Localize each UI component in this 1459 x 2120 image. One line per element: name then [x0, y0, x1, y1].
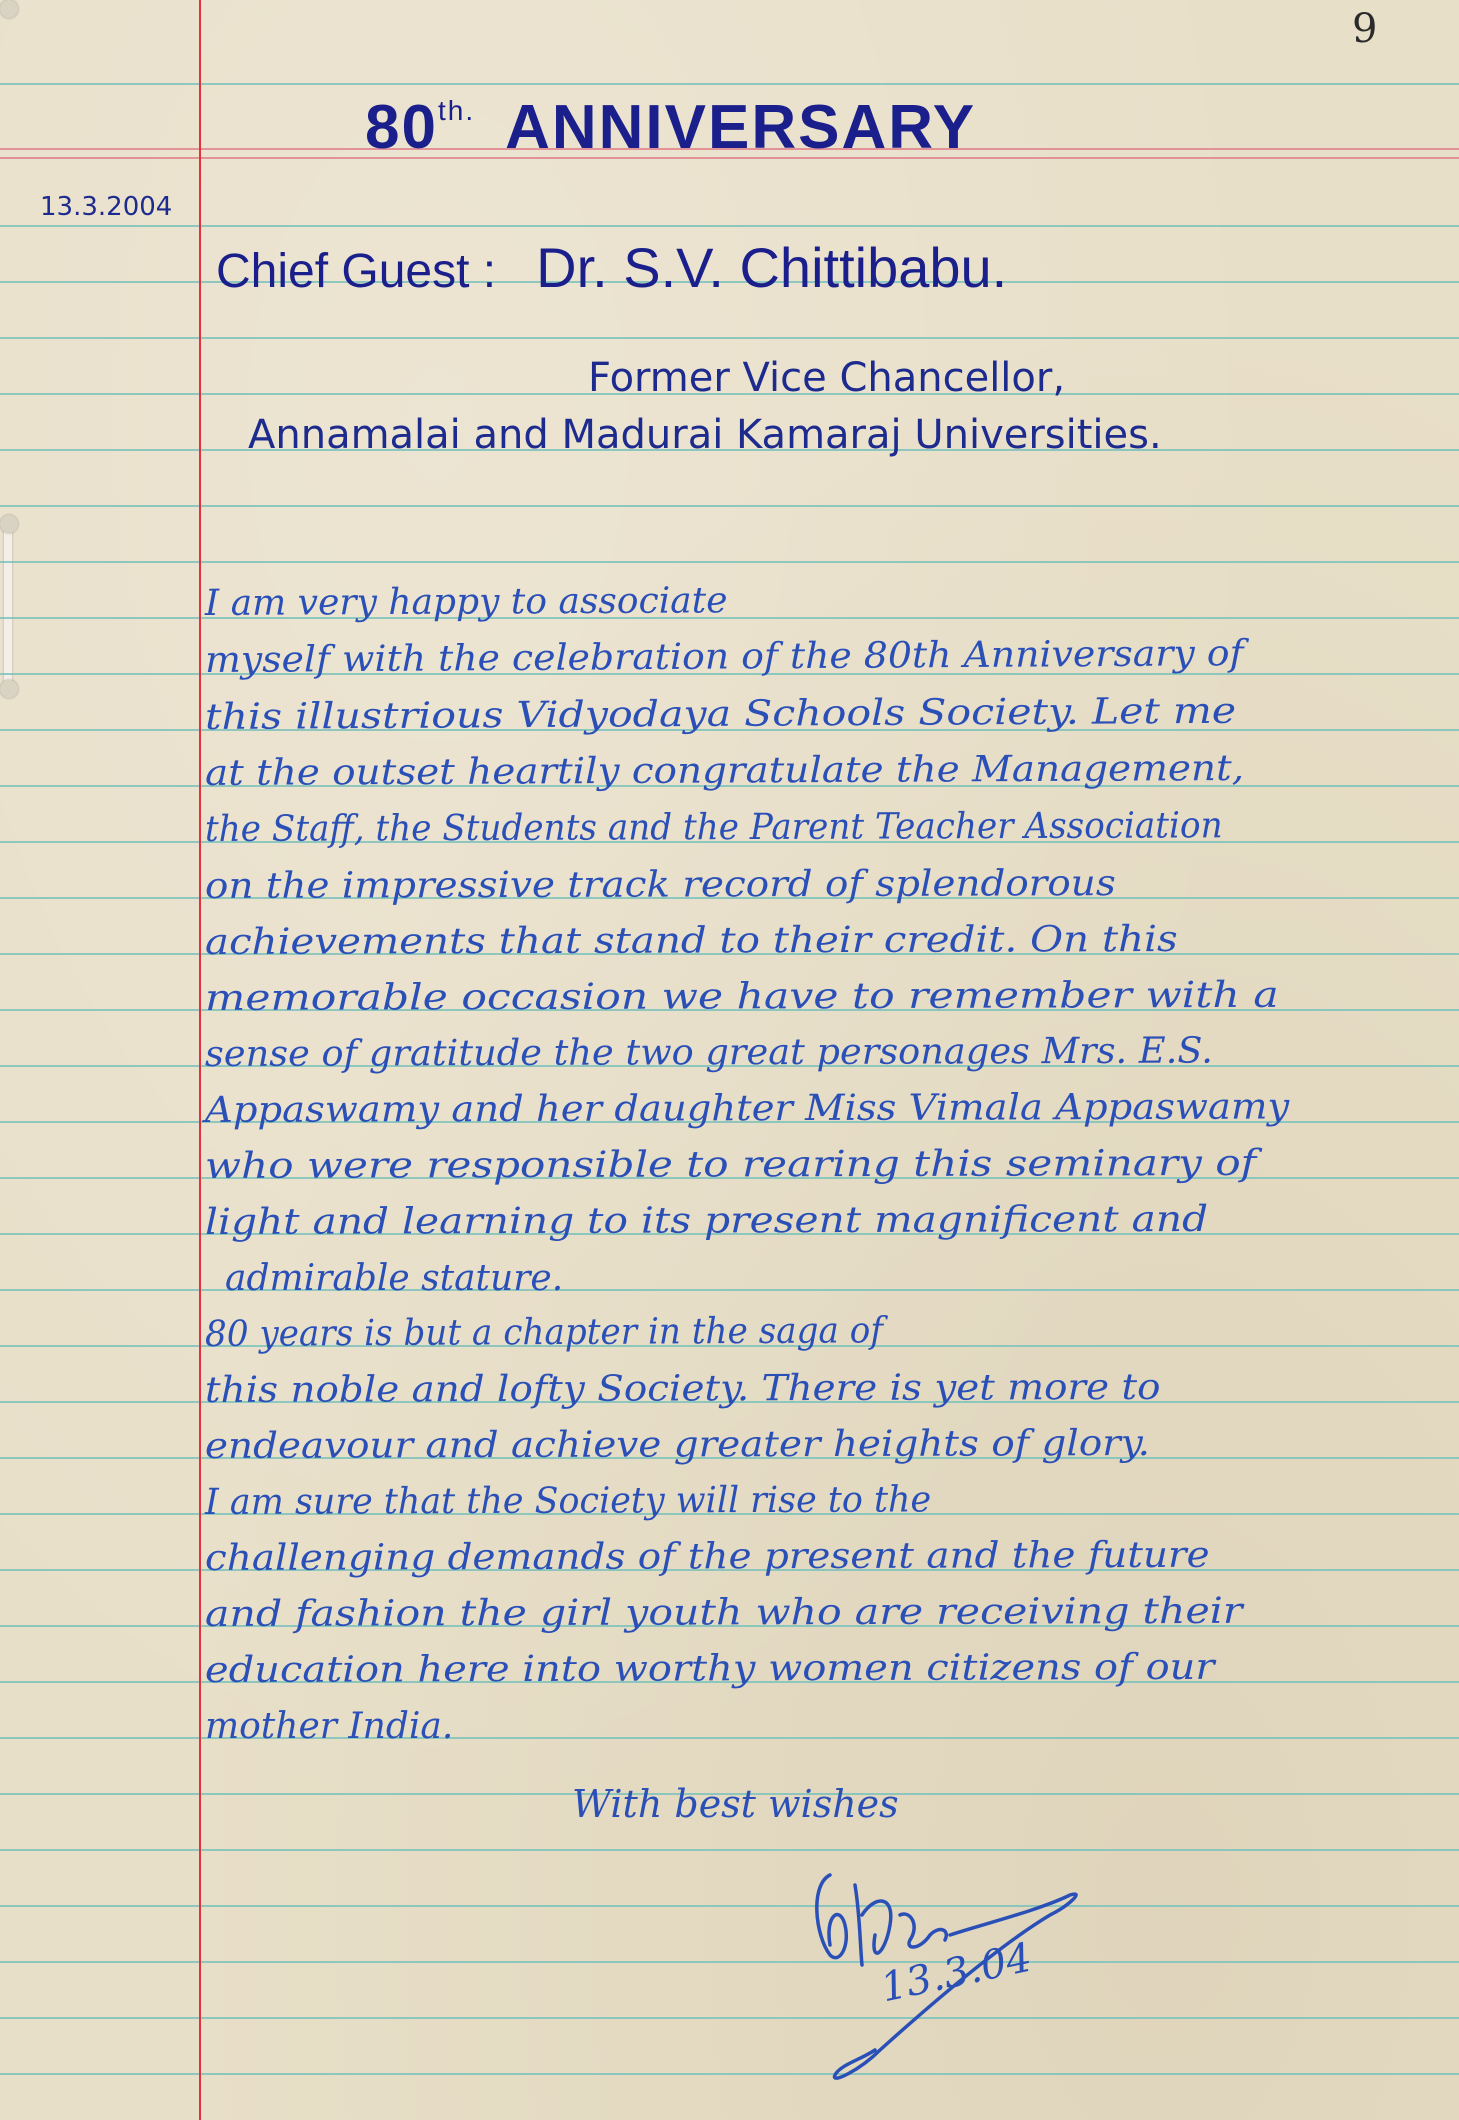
page-title: 80th.ANNIVERSARY: [365, 92, 976, 163]
binding-hole-upper: [0, 515, 18, 533]
message-line: the Staff, the Students and the Parent T…: [205, 805, 1223, 850]
message-line: myself with the celebration of the 80th …: [205, 633, 1244, 681]
margin-date: 13.3.2004: [40, 192, 172, 222]
closing-salutation: With best wishes: [572, 1782, 899, 1826]
message-line: achievements that stand to their credit.…: [205, 919, 1178, 963]
message-line: endeavour and achieve greater heights of…: [205, 1423, 1150, 1467]
message-line: I am sure that the Society will rise to …: [205, 1479, 931, 1523]
message-line: Appaswamy and her daughter Miss Vimala A…: [205, 1086, 1289, 1131]
binding-hole-lower: [0, 680, 18, 698]
title-number: 80: [365, 93, 438, 162]
designation-line-2: Annamalai and Madurai Kamaraj Universiti…: [248, 412, 1162, 458]
message-line: challenging demands of the present and t…: [205, 1535, 1210, 1579]
title-ordinal: th.: [438, 95, 475, 126]
message-line: this noble and lofty Society. There is y…: [205, 1367, 1161, 1411]
message-line: admirable stature.: [225, 1258, 563, 1299]
margin-line: [199, 0, 201, 2120]
title-word: ANNIVERSARY: [505, 93, 976, 162]
page-number: 9: [1352, 6, 1377, 52]
message-line: memorable occasion we have to remember w…: [205, 975, 1279, 1019]
message-line: this illustrious Vidyodaya Schools Socie…: [205, 691, 1236, 738]
message-line: sense of gratitude the two great persona…: [205, 1031, 1213, 1075]
chief-guest-label: Chief Guest :: [216, 245, 496, 298]
message-line: education here into worthy women citizen…: [205, 1647, 1215, 1691]
message-line: light and learning to its present magnif…: [205, 1199, 1208, 1243]
message-line: on the impressive track record of splend…: [205, 863, 1116, 907]
binding-string: [4, 525, 12, 685]
message-line: at the outset heartily congratulate the …: [205, 748, 1244, 794]
chief-guest-line: Chief Guest :Dr. S.V. Chittibabu.: [216, 235, 1007, 300]
message-line: who were responsible to rearing this sem…: [205, 1143, 1256, 1187]
message-line: I am very happy to associate: [205, 580, 728, 624]
binding-hole-top: [0, 0, 18, 18]
designation-line-1: Former Vice Chancellor,: [588, 355, 1065, 401]
notebook-page: 9 80th.ANNIVERSARY 13.3.2004 Chief Guest…: [0, 0, 1459, 2120]
message-line: mother India.: [205, 1706, 453, 1747]
message-line: and fashion the girl youth who are recei…: [205, 1591, 1243, 1635]
message-line: 80 years is but a chapter in the saga of: [205, 1310, 883, 1355]
chief-guest-name: Dr. S.V. Chittibabu.: [536, 236, 1007, 299]
